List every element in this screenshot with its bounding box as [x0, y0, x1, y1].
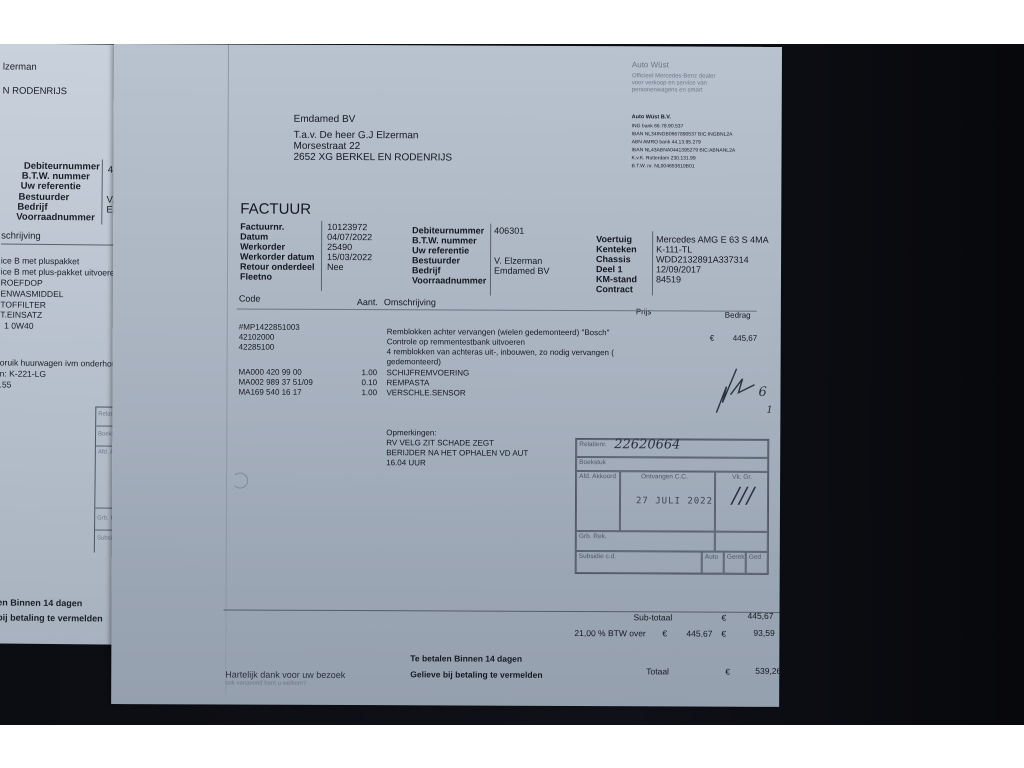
stamp-label: Auto: [705, 554, 718, 561]
vat-currency: €: [721, 629, 726, 639]
recipient-city: 2652 XG BERKEL EN RODENRIJS: [293, 152, 452, 164]
field-label: Datum: [240, 232, 268, 242]
item-qty: 1.00: [361, 388, 377, 397]
header-desc: Remblokken achter vervangen (wielen gede…: [387, 327, 610, 337]
photo-background: lzerman N RODENRIJS Debiteurnummer B.T.W…: [0, 44, 1024, 725]
col-price: Prijs: [636, 307, 652, 316]
handwritten-note: 6: [758, 385, 766, 400]
back-line: 1 0W40: [4, 320, 33, 330]
back-col-header: schrijving: [1, 230, 41, 241]
stamp-subsidie-cell: Subsidie c.d.: [576, 551, 702, 574]
back-line: T.EINSATZ: [0, 309, 42, 319]
back-line: TOFFILTER: [0, 299, 46, 309]
field-label: Debiteurnummer: [412, 225, 484, 235]
item-code: MA000 420 99 00: [239, 368, 302, 377]
invoice-title: FACTUUR: [240, 201, 311, 218]
field-label: KM-stand: [596, 274, 637, 284]
recipient-company: Emdamed BV: [294, 114, 356, 125]
field-value: WDD2132891A337314: [656, 254, 749, 264]
back-line: ice B met pluspakket: [1, 255, 80, 266]
stamp-small-cell: Auto: [702, 552, 724, 574]
stamp-label: Relatienr.: [579, 441, 606, 448]
field-label: Deel 1: [596, 264, 623, 274]
subtotal-currency: €: [721, 613, 726, 623]
dealer-bank-line: ING bank 66.78.90.537: [632, 123, 684, 129]
recipient-street: Morsestraat 22: [294, 141, 361, 152]
header-amount: 445,67: [733, 334, 758, 343]
footer-thanks: Hartelijk dank voor uw bezoek: [225, 669, 345, 680]
item-desc: VERSCHLE.SENSOR: [386, 388, 465, 397]
dealer-tagline: voor verkoop en service van: [632, 80, 707, 86]
dealer-tagline: Officieel Mercedes-Benz dealer: [632, 73, 716, 79]
item-code: MA169 540 16 17: [238, 388, 301, 397]
header-code: 42285100: [239, 343, 275, 352]
vat-label: 21,00 % BTW over: [574, 628, 645, 638]
header-desc: gedemonteerd): [387, 357, 441, 366]
stamp-label: Gerek: [727, 554, 745, 561]
back-footer-line: bij betaling te vermelden: [0, 612, 103, 623]
remark-line: RV VELG ZIT SCHADE ZEGT: [386, 438, 494, 447]
item-desc: REMPASTA: [387, 378, 430, 387]
footer-pay-line: Gelieve bij betaling te vermelden: [410, 669, 542, 680]
col-qty: Aant.: [357, 297, 378, 307]
stamp-small-cell: Ged: [746, 552, 768, 574]
field-label: Werkorder datum: [240, 252, 314, 262]
stamp-label: Grb. Rek.: [579, 533, 607, 540]
field-value: V. Elzerman: [494, 256, 542, 266]
vat-base: 445.67: [686, 629, 712, 639]
total-label: Totaal: [646, 666, 669, 676]
back-addr-line: N RODENRIJS: [3, 85, 68, 97]
header-desc: 4 remblokken van achteras uit-, inbouwen…: [387, 347, 614, 357]
vat-value: 93,59: [753, 628, 774, 638]
subtotal-label: Sub-totaal: [633, 612, 672, 622]
stamp-label: Ged: [749, 554, 761, 561]
meta-divider: [321, 221, 322, 291]
back-label: Voorraadnummer: [16, 212, 95, 224]
col-amount: Bedrag: [725, 311, 751, 320]
item-qty: 0.10: [362, 378, 378, 387]
dealer-bank-line: IBAN NL43ABNA0441395279 BIC:ABNANL2A: [632, 147, 736, 153]
dealer-name: Auto Wüst: [632, 60, 669, 69]
back-footer-line: en Binnen 14 dagen: [0, 597, 82, 608]
field-label: Fleetno: [240, 272, 272, 282]
subtotal-value: 445,67: [747, 611, 773, 621]
field-value: 10123972: [327, 222, 367, 232]
stamp-small-cell: Gerek: [724, 552, 746, 574]
field-value: 04/07/2022: [327, 232, 372, 242]
header-code: #MP1422851003: [239, 323, 300, 332]
back-line: ENWASMIDDEL: [0, 288, 63, 299]
dealer-bank-line: IBAN NL34INGB0667890537 BIC:INGBNL2A: [632, 131, 733, 137]
meta-divider: [652, 231, 653, 295]
remark-line: 16.04 UUR: [386, 458, 426, 467]
footer-thanks-small: ook vanavond bent u welkom?: [225, 680, 306, 686]
meta-divider: [490, 224, 491, 296]
field-value: Mercedes AMG E 63 S 4MA: [656, 234, 769, 244]
field-label: Kenteken: [596, 244, 637, 254]
stamp-label: Vk. Gr.: [732, 474, 752, 481]
invoice-meta-customer: Debiteurnummer406301B.T.W. nummerUw refe…: [114, 44, 782, 47]
back-note: .55: [0, 379, 11, 389]
footer-pay-line: Te betalen Binnen 14 dagen: [410, 653, 522, 663]
field-label: B.T.W. nummer: [412, 235, 477, 245]
dealer-tagline: personenwagens en smart: [632, 87, 703, 93]
stamp-label: Subsidie c.d.: [579, 553, 616, 560]
stamp-label: Ontvangen C.C.: [641, 473, 688, 480]
field-label: Bestuurder: [412, 255, 460, 265]
field-value: 12/09/2017: [656, 264, 701, 274]
stamp-initials: ///: [732, 484, 754, 509]
col-code: Code: [239, 294, 261, 304]
field-label: Chassis: [596, 254, 631, 264]
back-line: ice B met plus-pakket uitvoeren: [1, 266, 120, 277]
vat-base-currency: €: [662, 628, 667, 638]
total-value: 539,26: [755, 666, 781, 676]
back-divider: [101, 160, 103, 225]
total-currency: €: [725, 667, 730, 677]
stamp-afd-cell: Afd. Akkoord: [576, 471, 620, 531]
dealer-bank-line: B.T.W. nr. NL004653610B01: [631, 163, 694, 169]
field-value: 84519: [656, 274, 681, 284]
line-items: MA000 420 99 001.00SCHIJFREMVOERINGMA002…: [114, 44, 782, 47]
item-desc: SCHIJFREMVOERING: [387, 368, 470, 377]
field-label: Retour onderdeel: [240, 262, 315, 272]
field-value: Emdamed BV: [494, 266, 550, 276]
back-line: ROEFDOP: [1, 277, 43, 287]
field-value: Nee: [327, 262, 344, 272]
back-addr-line: lzerman: [3, 61, 37, 72]
field-label: Voorraadnummer: [412, 275, 486, 285]
stamp-relatie-value: 22620664: [614, 437, 680, 452]
field-value: K-111-TL: [656, 244, 692, 254]
stamp-label: Boekstuk: [579, 459, 606, 466]
stamp-date: 27 JULI 2022: [636, 496, 713, 506]
field-value: 25490: [327, 242, 352, 252]
receipt-stamp: Relatienr. 22620664 Boekstuk Afd. Akkoor…: [575, 438, 770, 575]
dealer-bank-line: ABN AMRO bank 44.13.95.279: [632, 139, 701, 145]
back-label: Uw referentie: [21, 181, 81, 193]
field-label: Factuurnr.: [240, 222, 284, 232]
stamp-label: Afd. Akkoord: [579, 473, 616, 480]
field-value: 15/03/2022: [327, 252, 372, 262]
invoice-page: Auto Wüst Officieel Mercedes-Benz dealer…: [111, 44, 782, 707]
item-code: MA002 989 37 51/09: [239, 378, 313, 387]
stamp-grb-cell: Grb. Rek.: [576, 531, 715, 552]
header-amount-currency: €: [710, 334, 714, 343]
field-value: 406301: [494, 226, 524, 236]
col-description: Omschrijving: [384, 297, 436, 307]
field-label: Werkorder: [240, 242, 285, 252]
header-code: 42102000: [239, 333, 275, 342]
back-note: n: K-221-LG: [0, 368, 46, 378]
invoice-meta-vehicle: VoertuigMercedes AMG E 63 S 4MAKentekenK…: [114, 44, 782, 47]
field-label: Bedrijf: [412, 265, 441, 275]
page-margin-line: [225, 44, 229, 694]
field-label: Voertuig: [596, 234, 632, 244]
totals-rule: [224, 609, 780, 612]
stamp-boekstuk-cell: Boekstuk: [576, 457, 768, 472]
field-label: Uw referentie: [412, 245, 469, 255]
handwritten-tick: 1: [766, 405, 772, 416]
header-desc: Controle op remmentestbank uitvoeren: [387, 337, 525, 347]
field-label: Contract: [596, 284, 633, 294]
dealer-company: Auto Wüst B.V.: [632, 114, 671, 120]
remarks-title: Opmerkingen:: [386, 428, 436, 437]
punch-hole: [232, 473, 248, 489]
invoice-meta-left: Factuurnr.10123972Datum04/07/2022Werkord…: [114, 44, 782, 47]
header-rule: [237, 309, 757, 312]
remark-line: BERIJDER NA HET OPHALEN VD AUT: [386, 448, 528, 458]
recipient-attn: T.a.v. De heer G.J Elzerman: [294, 130, 419, 142]
dealer-bank-line: K.v.K. Rotterdam 230.131.99: [631, 155, 695, 161]
item-qty: 1.00: [362, 368, 378, 377]
stamp-blank-cell: [715, 532, 768, 552]
